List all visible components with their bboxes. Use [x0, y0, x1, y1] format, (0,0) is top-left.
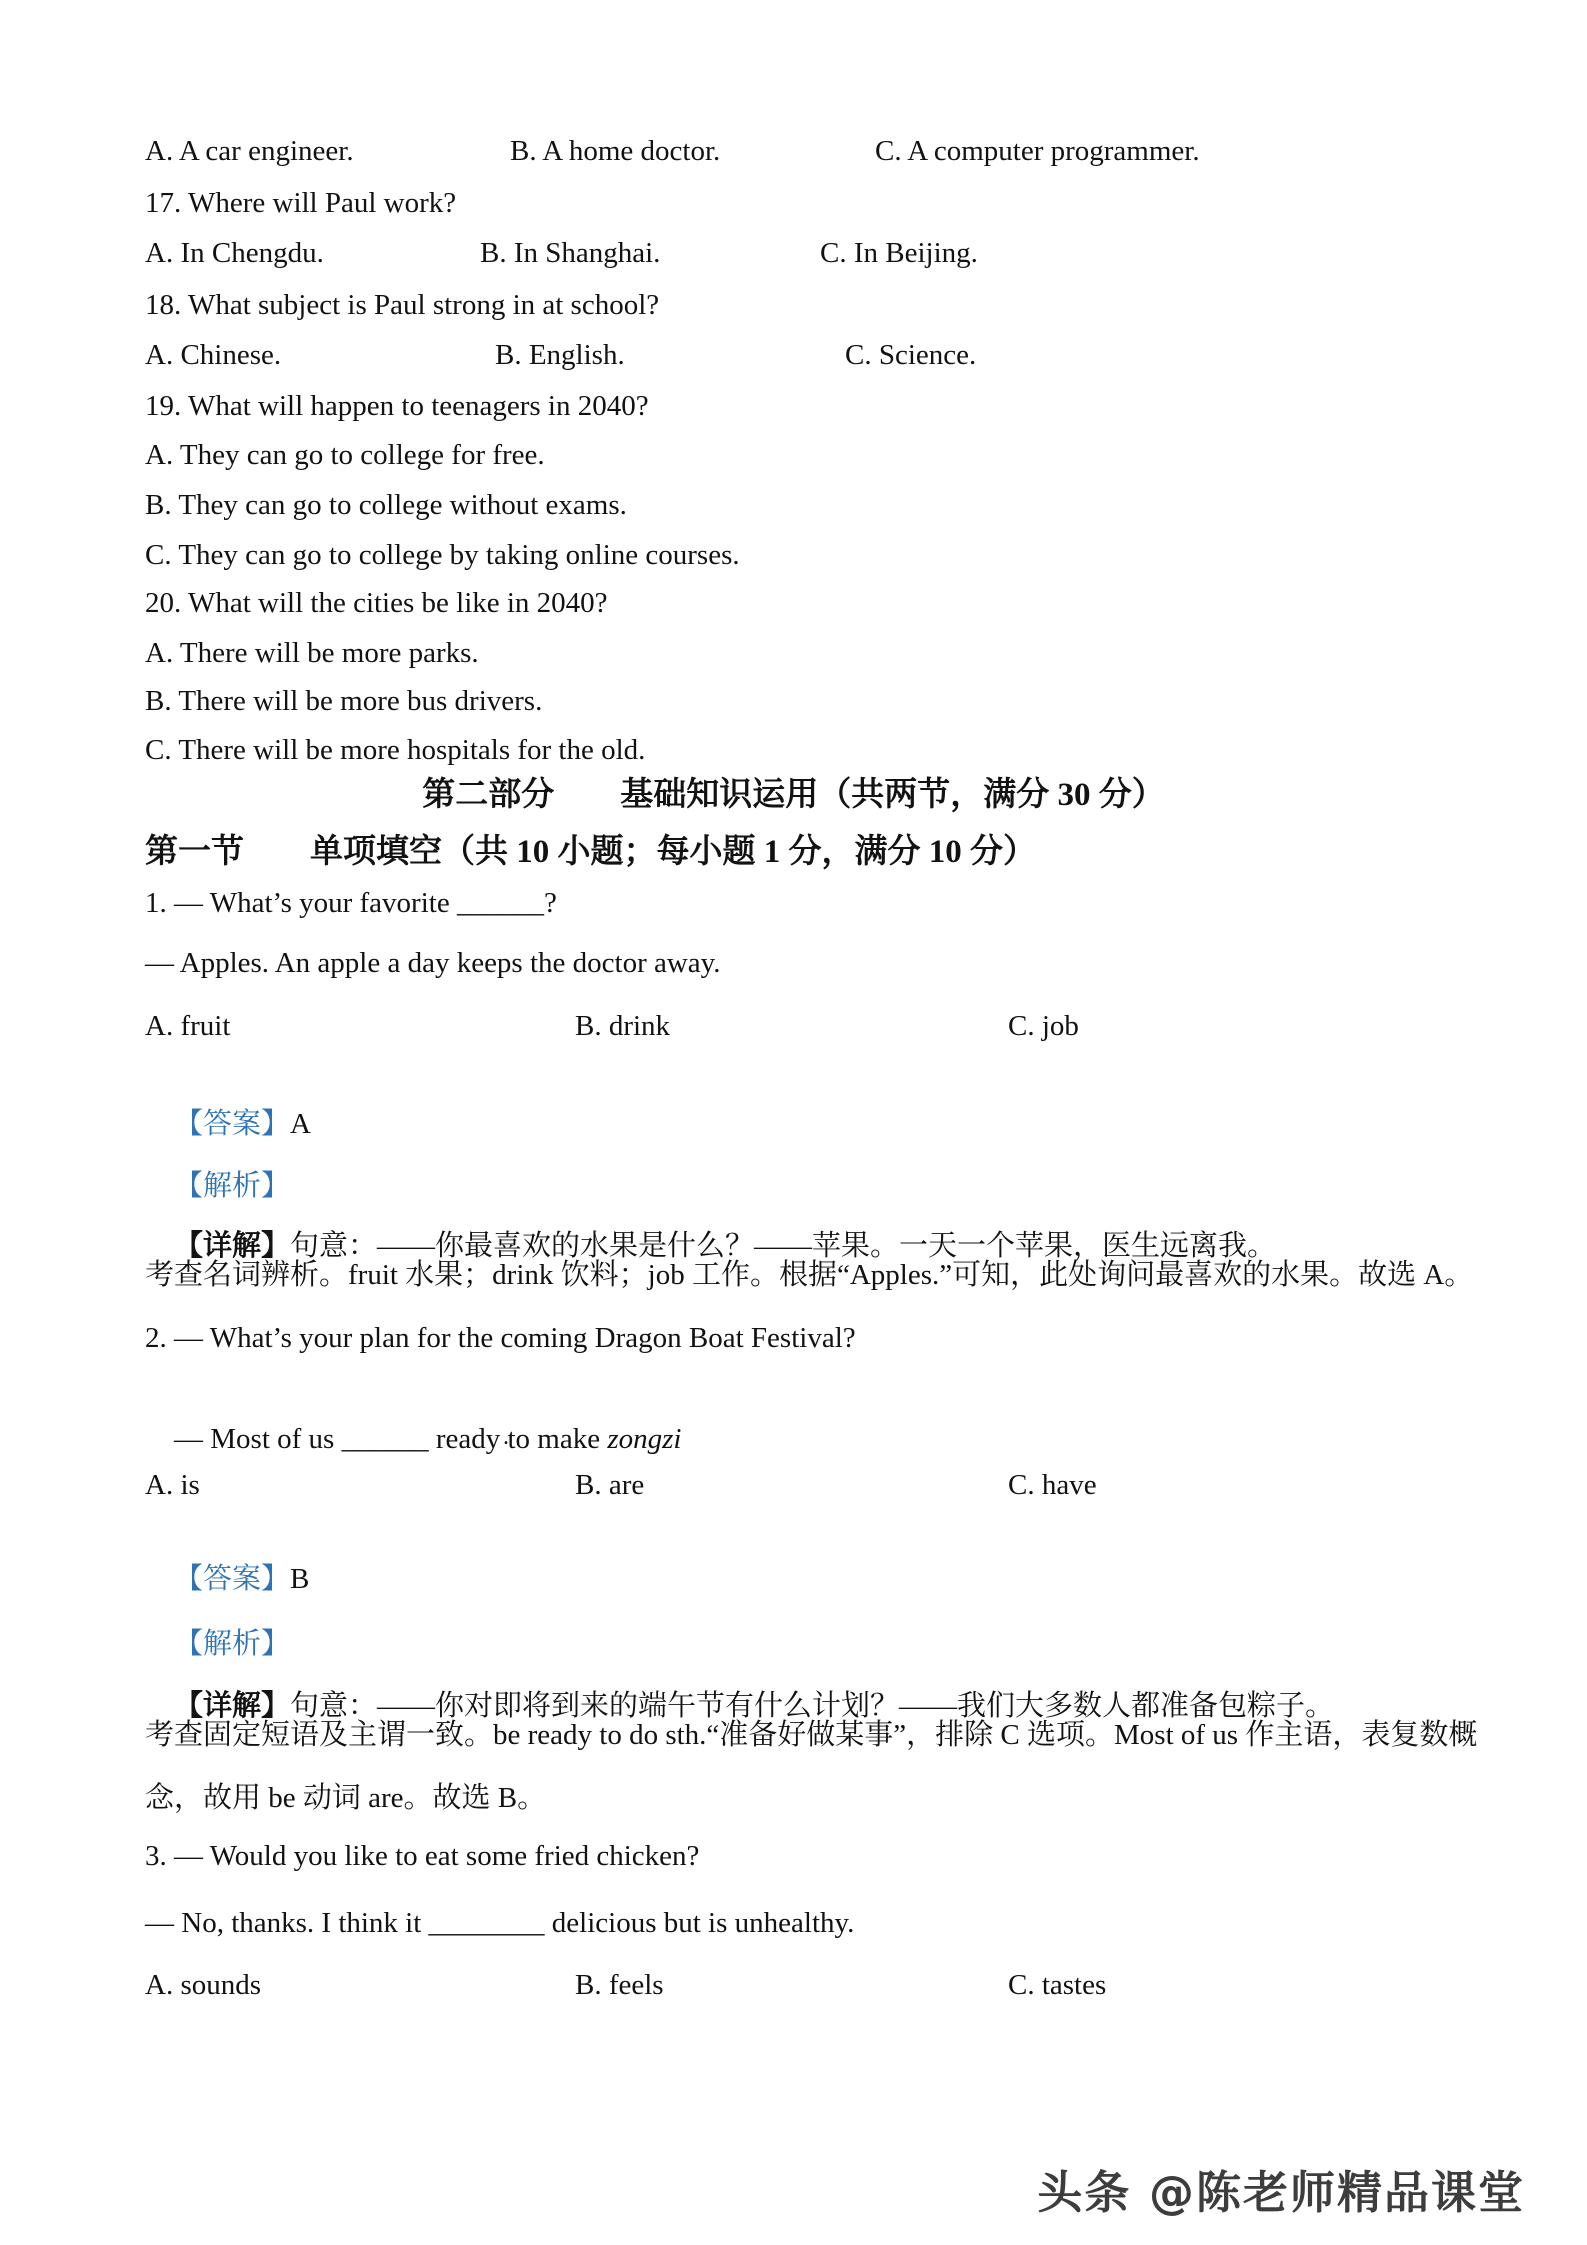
exam-document-page: A. A car engineer. B. A home doctor. C. … — [0, 0, 1587, 2245]
q1-answer-value: A — [290, 1108, 311, 1140]
q3-option-a: A. sounds — [145, 1967, 261, 2003]
q1-reply: — Apples. An apple a day keeps the docto… — [145, 945, 721, 981]
q19-option-c: C. They can go to college by taking onli… — [145, 537, 740, 573]
toutiao-watermark: 头条 @陈老师精品课堂 — [1037, 2156, 1525, 2221]
q3-options-row: A. sounds B. feels C. tastes — [145, 1967, 174, 2148]
q3-option-b: B. feels — [575, 1967, 664, 2003]
q16-option-a: A. A car engineer. — [145, 133, 354, 169]
q2-reply-line: — Most of us ______ ready to make zongzi… — [145, 1385, 681, 1530]
q20-option-c: C. There will be more hospitals for the … — [145, 732, 645, 768]
section1-heading: 第一节 单项填空（共 10 小题；每小题 1 分，满分 10 分） — [145, 832, 1036, 873]
q20-option-b: B. There will be more bus drivers. — [145, 683, 542, 719]
q16-option-b: B. A home doctor. — [510, 133, 720, 169]
q3-stem: 3. — Would you like to eat some fried ch… — [145, 1838, 699, 1874]
q16-option-c: C. A computer programmer. — [875, 133, 1200, 169]
q17-option-c: C. In Beijing. — [820, 235, 978, 271]
q18-question: 18. What subject is Paul strong in at sc… — [145, 287, 659, 323]
q2-note-line-2: 念，故用 be 动词 are。故选 B。 — [145, 1780, 546, 1816]
q1-option-c: C. job — [1008, 1008, 1079, 1044]
q18-option-b: B. English. — [495, 337, 625, 373]
q19-question: 19. What will happen to teenagers in 204… — [145, 388, 649, 424]
q2-note-line-1: 考查固定短语及主谓一致。be ready to do sth.“准备好做某事”，… — [145, 1717, 1477, 1753]
q20-option-a: A. There will be more parks. — [145, 635, 479, 671]
q2-stray-period: . — [503, 1422, 509, 1452]
q19-option-b: B. They can go to college without exams. — [145, 487, 627, 523]
part2-heading: 第二部分 基础知识运用（共两节，满分 30 分） — [0, 775, 1587, 816]
q17-option-b: B. In Shanghai. — [480, 235, 660, 271]
q1-option-a: A. fruit — [145, 1008, 230, 1044]
q2-reply-prefix: — Most of us ______ ready to make — [174, 1423, 607, 1455]
q19-option-a: A. They can go to college for free. — [145, 437, 545, 473]
q2-option-b: B. are — [575, 1467, 644, 1503]
q17-question: 17. Where will Paul work? — [145, 185, 456, 221]
q1-option-b: B. drink — [575, 1008, 670, 1044]
q3-reply: — No, thanks. I think it ________ delici… — [145, 1905, 854, 1941]
q2-reply-italic-zongzi: zongzi — [607, 1423, 681, 1455]
q2-stem: 2. — What’s your plan for the coming Dra… — [145, 1320, 856, 1356]
q3-option-c: C. tastes — [1008, 1967, 1106, 2003]
q18-option-a: A. Chinese. — [145, 337, 281, 373]
q20-question: 20. What will the cities be like in 2040… — [145, 585, 608, 621]
q2-option-a: A. is — [145, 1467, 200, 1503]
q18-option-c: C. Science. — [845, 337, 976, 373]
q2-option-c: C. have — [1008, 1467, 1097, 1503]
q1-stem: 1. — What’s your favorite ______? — [145, 885, 557, 921]
q1-note-line: 考查名词辨析。fruit 水果；drink 饮料；job 工作。根据“Apple… — [145, 1257, 1473, 1293]
q17-option-a: A. In Chengdu. — [145, 235, 324, 271]
q2-answer-value: B — [290, 1563, 309, 1595]
